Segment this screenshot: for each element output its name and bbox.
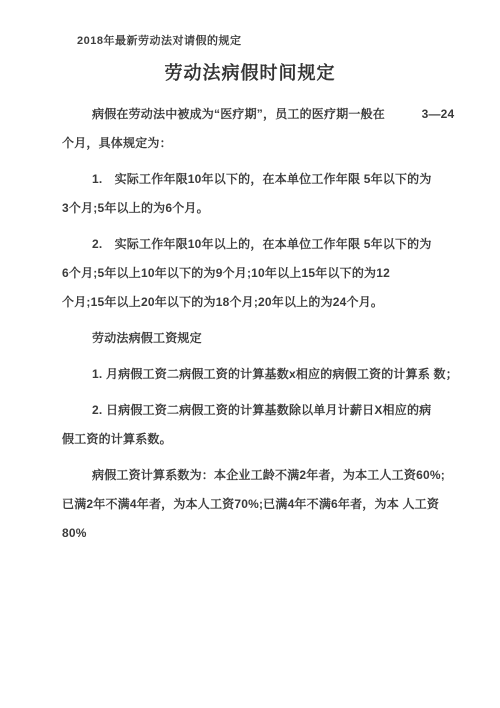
item1-line-2: 3个月;5年以上的为6个月。	[62, 194, 462, 223]
section-heading-sick-pay: 劳动法病假工资规定	[62, 324, 462, 353]
page-title: 劳动法病假时间规定	[0, 59, 500, 85]
coefficient-line-2: 已满2年不满4年者，为本人工资70%;已满4年不满6年者，为本 人工资80%	[62, 490, 462, 548]
document-header-note: 2018年最新劳动法对请假的规定	[77, 32, 241, 48]
document-body: 病假在劳动法中被成为“医疗期”，员工的医疗期一般在 3—24 个月，具体规定为：…	[62, 100, 462, 548]
item1-line-1: 1. 实际工作年限10年以下的，在本单位工作年限 5年以下的为	[62, 165, 462, 194]
document-page: 2018年最新劳动法对请假的规定 劳动法病假时间规定 病假在劳动法中被成为“医疗…	[0, 0, 500, 708]
pay-item2-line-1: 2. 日病假工资二病假工资的计算基数除以单月计薪日X相应的病	[62, 396, 462, 425]
intro-line-1: 病假在劳动法中被成为“医疗期”，员工的医疗期一般在 3—24	[62, 100, 462, 129]
item2-line-2: 6个月;5年以上10年以下的为9个月;10年以上15年以下的为12	[62, 259, 462, 288]
intro-line-2: 个月，具体规定为：	[62, 129, 462, 158]
pay-item1-line-1: 1. 月病假工资二病假工资的计算基数x相应的病假工资的计算系 数；	[62, 360, 462, 389]
pay-item2-line-2: 假工资的计算系数。	[62, 425, 462, 454]
item2-line-1: 2. 实际工作年限10年以上的，在本单位工作年限 5年以下的为	[62, 230, 462, 259]
coefficient-line-1: 病假工资计算系数为：本企业工龄不满2年者，为本工人工资60%;	[62, 461, 462, 490]
item2-line-3: 个月;15年以上20年以下的为18个月;20年以上的为24个月。	[62, 288, 462, 317]
